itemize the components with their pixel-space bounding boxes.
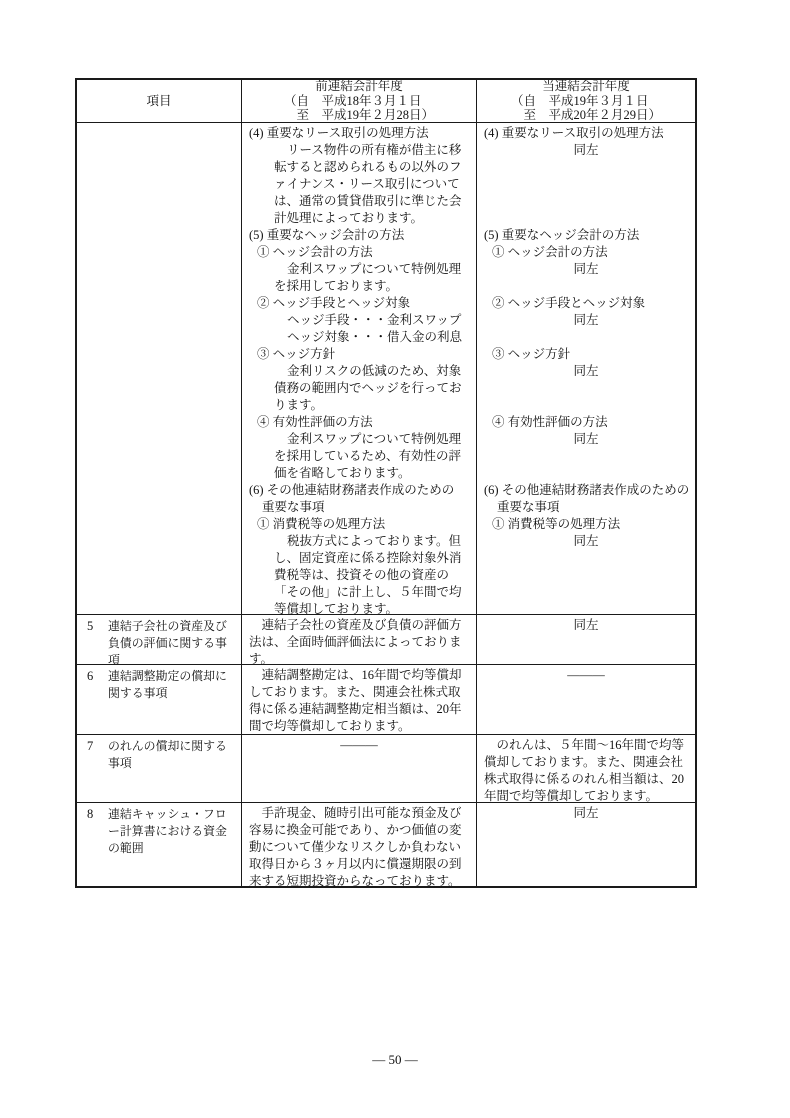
header-current-period: 当連結会計年度 （自 平成19年３月１日 至 平成20年２月29日） xyxy=(477,80,695,122)
policy-text-line xyxy=(484,448,695,465)
current-period-to: 至 平成20年２月29日） xyxy=(511,108,661,122)
policy-text-line: 金利スワップについて特例処理 xyxy=(249,261,476,278)
policy-text-line: (5) 重要なヘッジ会計の方法 xyxy=(484,227,695,244)
policy-text-line: 価を省略しております。 xyxy=(249,465,476,482)
policy-text-line xyxy=(484,159,695,176)
table-header-row: 項目 前連結会計年度 （自 平成18年３月１日 至 平成19年２月28日） 当連… xyxy=(77,80,695,123)
policy-text-line xyxy=(484,278,695,295)
current-period-cell: 同左 xyxy=(477,615,695,664)
policy-continuation-row: (4) 重要なリース取引の処理方法リース物件の所有権が借主に移転すると認められる… xyxy=(77,123,695,615)
policy-text-line: ァイナンス・リース取引について xyxy=(249,176,476,193)
item-title: 連結子会社の資産及び負債の評価に関する事項 xyxy=(108,618,237,664)
policy-text-line xyxy=(484,329,695,346)
policy-text-line: 重要な事項 xyxy=(484,499,695,516)
policy-text-line xyxy=(484,380,695,397)
policy-text-line: ③ ヘッジ方針 xyxy=(249,346,476,363)
policy-text-line: 同左 xyxy=(484,312,695,329)
policy-text-line: 同左 xyxy=(484,142,695,159)
policy-text-line: (5) 重要なヘッジ会計の方法 xyxy=(249,227,476,244)
policy-item-cell-empty xyxy=(77,123,242,614)
policy-text-line: ④ 有効性評価の方法 xyxy=(484,414,695,431)
policy-text-line: ① 消費税等の処理方法 xyxy=(249,516,476,533)
policy-text-line: ① ヘッジ会計の方法 xyxy=(249,244,476,261)
policy-text-line xyxy=(484,210,695,227)
item-number: 5 xyxy=(87,618,108,635)
previous-period-cell: 連結調整勘定は、16年間で均等償却しております。また、関連会社株式取得に係る連結… xyxy=(242,665,477,734)
policy-text-line: ① 消費税等の処理方法 xyxy=(484,516,695,533)
policy-text-line: 等償却しております。 xyxy=(249,601,476,614)
policy-text-line: 同左 xyxy=(484,261,695,278)
previous-period-from: （自 平成18年３月１日 xyxy=(284,94,434,109)
item-number: 8 xyxy=(87,806,108,823)
policy-text-line xyxy=(484,550,695,567)
policy-text-line xyxy=(484,397,695,414)
policy-text-line: ります。 xyxy=(249,397,476,414)
policy-text-line: 同左 xyxy=(484,431,695,448)
policy-text-line: 債務の範囲内でヘッジを行ってお xyxy=(249,380,476,397)
accounting-policies-table: 項目 前連結会計年度 （自 平成18年３月１日 至 平成19年２月28日） 当連… xyxy=(75,78,697,888)
policy-text-line: 転すると認められるもの以外のフ xyxy=(249,159,476,176)
row-item-cell: 8 連結キャッシュ・フロー計算書における資金の範囲 xyxy=(77,803,242,886)
policy-text-line xyxy=(484,193,695,210)
item-number: 7 xyxy=(87,738,108,755)
item-title: 連結調整勘定の償却に関する事項 xyxy=(108,668,237,702)
policy-text-line: し、固定資産に係る控除対象外消 xyxy=(249,550,476,567)
document-page: 項目 前連結会計年度 （自 平成18年３月１日 至 平成19年２月28日） 当連… xyxy=(0,0,790,1118)
policy-text-line: ヘッジ手段・・・金利スワップ xyxy=(249,312,476,329)
policy-text-line: ② ヘッジ手段とヘッジ対象 xyxy=(484,295,695,312)
row-item-cell: 7 のれんの償却に関する事項 xyxy=(77,735,242,802)
policy-text-line: 税抜方式によっております。但 xyxy=(249,533,476,550)
policy-text-line: リース物件の所有権が借主に移 xyxy=(249,142,476,159)
policy-text-line: (4) 重要なリース取引の処理方法 xyxy=(484,125,695,142)
current-period-dates: （自 平成19年３月１日 至 平成20年２月29日） xyxy=(511,94,661,122)
policy-text-line: 計処理によっております。 xyxy=(249,210,476,227)
policy-text-line xyxy=(484,465,695,482)
current-period-from: （自 平成19年３月１日 xyxy=(511,94,661,109)
policy-text-line: ② ヘッジ手段とヘッジ対象 xyxy=(249,295,476,312)
policy-text-line: ① ヘッジ会計の方法 xyxy=(484,244,695,261)
row-item-cell: 6 連結調整勘定の償却に関する事項 xyxy=(77,665,242,734)
policy-current-cell: (4) 重要なリース取引の処理方法同左 (5) 重要なヘッジ会計の方法① ヘッジ… xyxy=(477,123,695,614)
table-row: 8 連結キャッシュ・フロー計算書における資金の範囲 手許現金、随時引出可能な預金… xyxy=(77,803,695,886)
policy-text-line: ③ ヘッジ方針 xyxy=(484,346,695,363)
current-period-cell-dash: ――― xyxy=(477,665,695,734)
previous-period-cell: 連結子会社の資産及び負債の評価方法は、全面時価評価法によっております。 xyxy=(242,615,477,664)
policy-text-line: 同左 xyxy=(484,533,695,550)
policy-text-line xyxy=(484,176,695,193)
item-title: のれんの償却に関する事項 xyxy=(108,738,237,772)
previous-period-to: 至 平成19年２月28日） xyxy=(284,108,434,122)
item-number: 6 xyxy=(87,668,108,685)
current-period-cell: のれんは、５年間～16年間で均等償却しております。また、関連会社株式取得に係るの… xyxy=(477,735,695,802)
header-previous-period: 前連結会計年度 （自 平成18年３月１日 至 平成19年２月28日） xyxy=(242,80,477,122)
policy-text-line: (4) 重要なリース取引の処理方法 xyxy=(249,125,476,142)
policy-text-line: 金利スワップについて特例処理 xyxy=(249,431,476,448)
policy-text-line: ヘッジ対象・・・借入金の利息 xyxy=(249,329,476,346)
policy-text-line xyxy=(484,584,695,601)
table-row: 6 連結調整勘定の償却に関する事項 連結調整勘定は、16年間で均等償却しておりま… xyxy=(77,665,695,735)
previous-period-title: 前連結会計年度 xyxy=(315,80,403,94)
policy-text-line: 重要な事項 xyxy=(249,499,476,516)
header-item-label: 項目 xyxy=(146,94,171,109)
table-row: 5 連結子会社の資産及び負債の評価に関する事項 連結子会社の資産及び負債の評価方… xyxy=(77,615,695,665)
previous-period-cell-dash: ――― xyxy=(242,735,477,802)
row-item-cell: 5 連結子会社の資産及び負債の評価に関する事項 xyxy=(77,615,242,664)
policy-text-line xyxy=(484,601,695,614)
current-period-cell: 同左 xyxy=(477,803,695,886)
current-period-title: 当連結会計年度 xyxy=(542,80,630,94)
item-title: 連結キャッシュ・フロー計算書における資金の範囲 xyxy=(108,806,237,857)
policy-text-line: 費税等は、投資その他の資産の xyxy=(249,567,476,584)
policy-text-line: 金利リスクの低減のため、対象 xyxy=(249,363,476,380)
page-number: ― 50 ― xyxy=(0,1051,790,1068)
previous-period-cell: 手許現金、随時引出可能な預金及び容易に換金可能であり、かつ価値の変動について僅少… xyxy=(242,803,477,886)
table-row: 7 のれんの償却に関する事項 ――― のれんは、５年間～16年間で均等償却してお… xyxy=(77,735,695,803)
policy-text-line: を採用しているため、有効性の評 xyxy=(249,448,476,465)
policy-text-line: ④ 有効性評価の方法 xyxy=(249,414,476,431)
policy-text-line: を採用しております。 xyxy=(249,278,476,295)
policy-text-line: (6) その他連結財務諸表作成のための xyxy=(249,482,476,499)
policy-text-line: は、通常の賃貸借取引に準じた会 xyxy=(249,193,476,210)
policy-text-line: 「その他」に計上し、５年間で均 xyxy=(249,584,476,601)
policy-text-line: 同左 xyxy=(484,363,695,380)
policy-text-line: (6) その他連結財務諸表作成のための xyxy=(484,482,695,499)
policy-text-line xyxy=(484,567,695,584)
policy-previous-cell: (4) 重要なリース取引の処理方法リース物件の所有権が借主に移転すると認められる… xyxy=(242,123,477,614)
header-item-column: 項目 xyxy=(77,80,242,122)
previous-period-dates: （自 平成18年３月１日 至 平成19年２月28日） xyxy=(284,94,434,122)
